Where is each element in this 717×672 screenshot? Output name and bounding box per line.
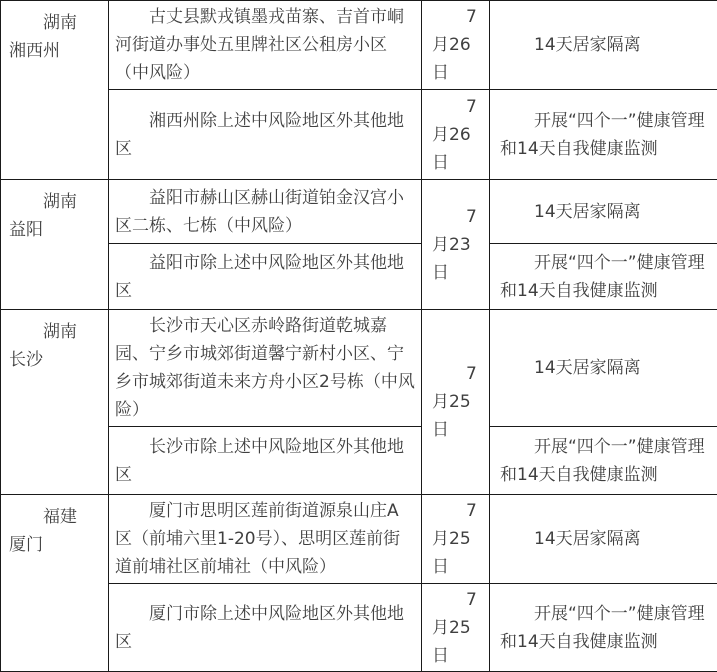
date-cell-merged: 7月25日 [422, 310, 490, 495]
region-province: 湖南 [9, 188, 100, 216]
date-cell: 7月25日 [422, 584, 490, 672]
region-cell-xiamen: 福建 厦门 [1, 495, 109, 672]
table-row: 长沙市除上述中风险地区外其他地区 开展“四个一”健康管理和14天自我健康监测 [1, 427, 717, 495]
policy-cell: 14天居家隔离 [490, 180, 717, 244]
region-city: 厦门 [9, 531, 100, 559]
area-cell: 益阳市赫山区赫山街道铂金汉宫小区二栋、七栋（中风险） [109, 180, 422, 244]
region-city: 湘西州 [9, 37, 100, 65]
policy-cell: 14天居家隔离 [490, 1, 717, 90]
risk-area-table: 湖南 湘西州 古丈县默戎镇墨戎苗寨、吉首市峒河街道办事处五里牌社区公租房小区（中… [0, 0, 717, 672]
area-cell: 厦门市思明区莲前街道源泉山庄A区（前埔六里1-20号）、思明区莲前街道前埔社区前… [109, 495, 422, 584]
table-row: 湘西州除上述中风险地区外其他地区 7月26日 开展“四个一”健康管理和14天自我… [1, 90, 717, 180]
region-province: 福建 [9, 503, 100, 531]
area-cell: 益阳市除上述中风险地区外其他地区 [109, 244, 422, 310]
region-cell-yiyang: 湖南 益阳 [1, 180, 109, 310]
policy-cell: 开展“四个一”健康管理和14天自我健康监测 [490, 90, 717, 180]
date-cell: 7月26日 [422, 90, 490, 180]
region-province: 湖南 [9, 318, 100, 346]
region-city: 益阳 [9, 216, 100, 244]
region-cell-changsha: 湖南 长沙 [1, 310, 109, 495]
table-row: 益阳市除上述中风险地区外其他地区 开展“四个一”健康管理和14天自我健康监测 [1, 244, 717, 310]
date-cell: 7月25日 [422, 495, 490, 584]
table-row: 湖南 益阳 益阳市赫山区赫山街道铂金汉宫小区二栋、七栋（中风险） 7月23日 1… [1, 180, 717, 244]
region-city: 长沙 [9, 346, 100, 374]
table-row: 福建 厦门 厦门市思明区莲前街道源泉山庄A区（前埔六里1-20号）、思明区莲前街… [1, 495, 717, 584]
date-cell: 7月26日 [422, 1, 490, 90]
table-row: 湖南 湘西州 古丈县默戎镇墨戎苗寨、吉首市峒河街道办事处五里牌社区公租房小区（中… [1, 1, 717, 90]
area-cell: 古丈县默戎镇墨戎苗寨、吉首市峒河街道办事处五里牌社区公租房小区（中风险） [109, 1, 422, 90]
date-cell-merged: 7月23日 [422, 180, 490, 310]
policy-cell: 14天居家隔离 [490, 495, 717, 584]
table-row: 厦门市除上述中风险地区外其他地区 7月25日 开展“四个一”健康管理和14天自我… [1, 584, 717, 672]
region-province: 湖南 [9, 9, 100, 37]
policy-cell: 开展“四个一”健康管理和14天自我健康监测 [490, 427, 717, 495]
policy-cell: 14天居家隔离 [490, 310, 717, 427]
policy-cell: 开展“四个一”健康管理和14天自我健康监测 [490, 244, 717, 310]
area-cell: 厦门市除上述中风险地区外其他地区 [109, 584, 422, 672]
area-cell: 长沙市天心区赤岭路街道乾城嘉园、宁乡市城郊街道馨宁新村小区、宁乡市城郊街道未来方… [109, 310, 422, 427]
table-row: 湖南 长沙 长沙市天心区赤岭路街道乾城嘉园、宁乡市城郊街道馨宁新村小区、宁乡市城… [1, 310, 717, 427]
area-cell: 长沙市除上述中风险地区外其他地区 [109, 427, 422, 495]
policy-cell: 开展“四个一”健康管理和14天自我健康监测 [490, 584, 717, 672]
region-cell-xiangxi: 湖南 湘西州 [1, 1, 109, 180]
area-cell: 湘西州除上述中风险地区外其他地区 [109, 90, 422, 180]
